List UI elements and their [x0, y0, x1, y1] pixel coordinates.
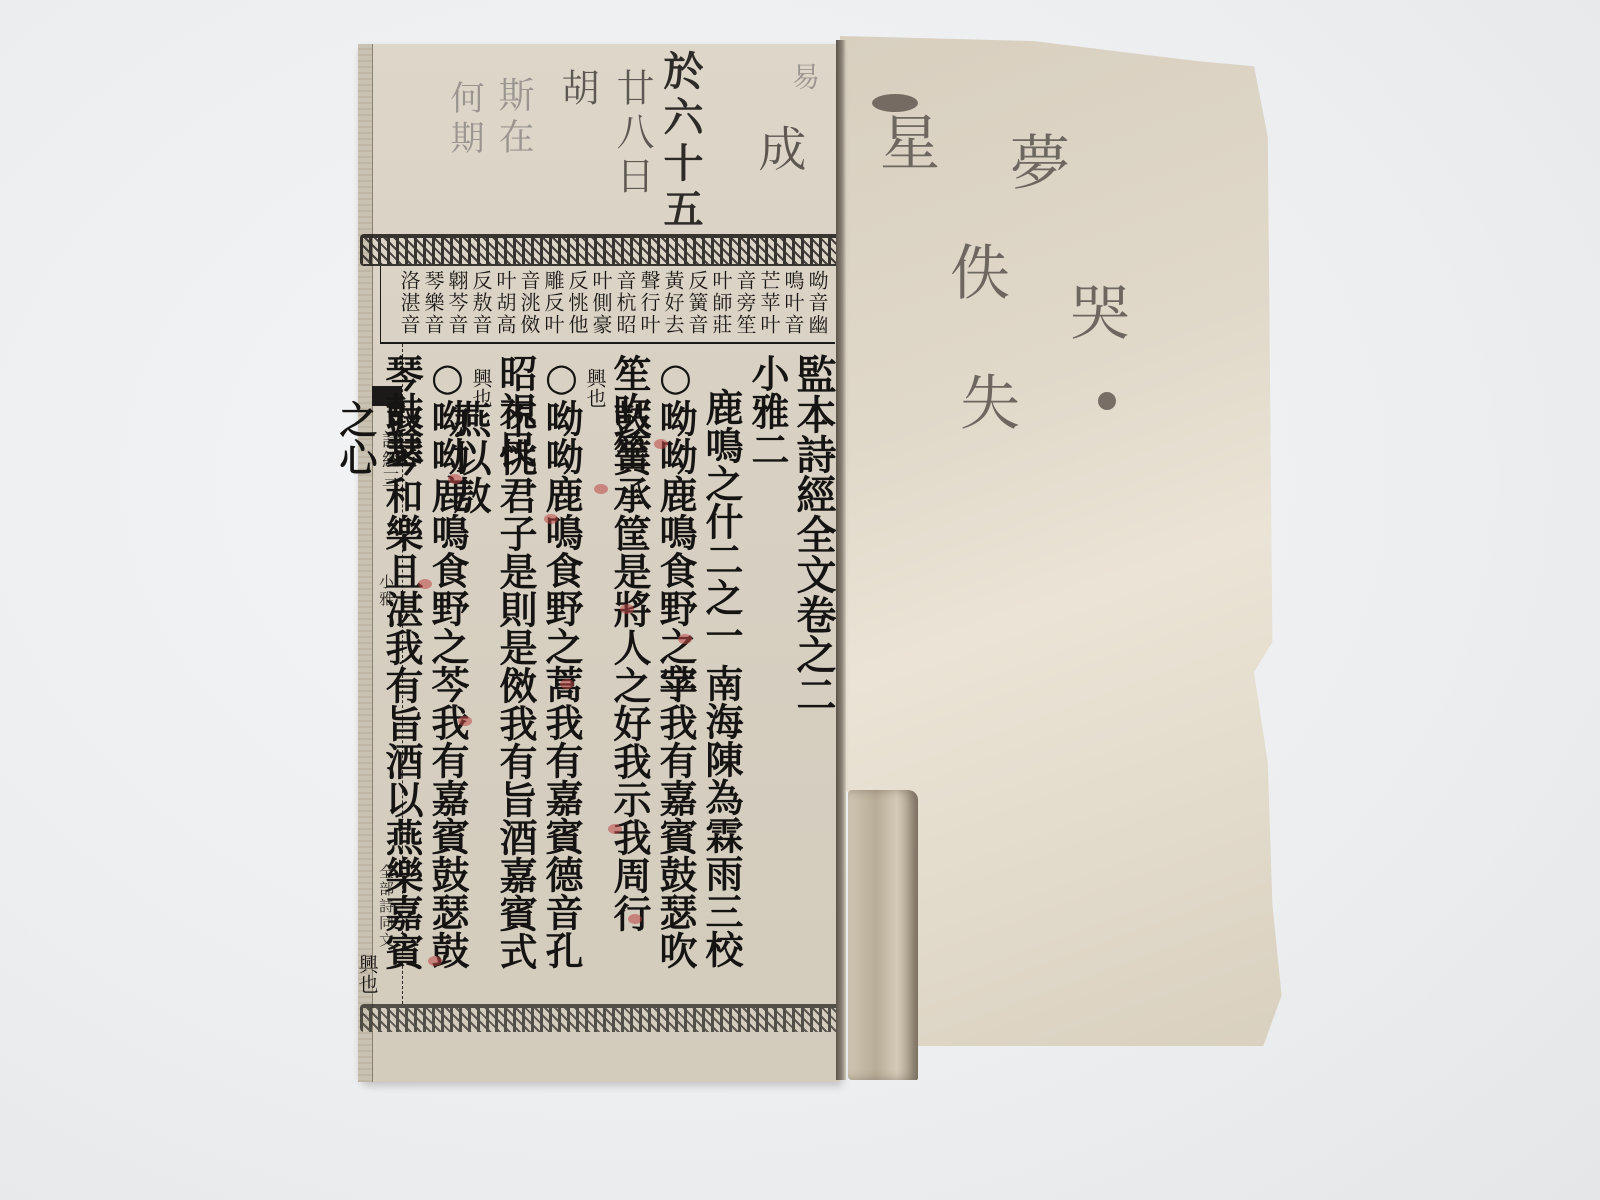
gloss-column: 琴樂音 — [421, 270, 445, 338]
gloss-column: 反恌他 — [565, 270, 589, 338]
gloss-column: 反簧音 — [685, 270, 709, 338]
red-punctuation-mark — [560, 679, 574, 689]
left-printed-page: 何期 斯在 廿八日胡 於六十五 成 易 呦音幽 鳴叶音 芒苹叶 音旁笙 叶師莊 … — [358, 44, 840, 1082]
gloss-column: 叶側豪 — [589, 270, 613, 338]
gloss-column: 翺芩音 — [445, 270, 469, 338]
red-punctuation-mark — [594, 484, 608, 494]
gloss-column: 鳴叶音 — [781, 270, 805, 338]
handwritten-note: 成 — [744, 124, 813, 178]
section-and-credit-column: 小雅二 — [744, 354, 790, 1000]
open-book: 星 夢 佚 哭 失 何期 斯在 廿八日胡 於六十五 成 易 呦音幽 鳴叶音 芒苹… — [0, 0, 1600, 1200]
volume-title: 監本詩經全文卷之二 — [790, 354, 836, 1000]
gloss-column: 叶胡高 — [493, 270, 517, 338]
handwritten-note: 於六十五 — [652, 50, 709, 234]
red-punctuation-mark — [654, 439, 668, 449]
handwritten-char: 失 — [960, 356, 1020, 442]
red-punctuation-mark — [418, 579, 432, 589]
gloss-column: 音洮傚 — [517, 270, 541, 338]
red-punctuation-mark — [678, 634, 692, 644]
gloss-column: 雕反叶 — [541, 270, 565, 338]
book-spine — [836, 40, 846, 1080]
handwritten-note: 易 — [784, 62, 824, 96]
gloss-column: 音杭昭 — [613, 270, 637, 338]
gloss-column: 黃好去 — [661, 270, 685, 338]
handwritten-char: 星 — [880, 96, 940, 182]
red-punctuation-mark — [544, 514, 558, 524]
handwritten-char: 夢 — [1010, 116, 1070, 202]
gloss-column: 洛湛音 — [397, 270, 421, 338]
red-punctuation-mark — [448, 474, 462, 484]
top-margin-annotations: 何期 斯在 廿八日胡 於六十五 成 易 — [372, 44, 840, 234]
red-punctuation-mark — [608, 824, 622, 834]
red-punctuation-mark — [458, 716, 472, 726]
annotation-xing: 興也 — [584, 354, 606, 1000]
section-title: 小雅二 — [744, 354, 790, 1000]
red-punctuation-mark — [628, 914, 642, 924]
gloss-column: 芒苹叶 — [757, 270, 781, 338]
gloss-column: 音旁笙 — [733, 270, 757, 338]
pronunciation-gloss-strip: 呦音幽 鳴叶音 芒苹叶 音旁笙 叶師莊 反簧音 黃好去 聲行叶 音杭昭 叶側豪 … — [380, 266, 835, 344]
handwritten-char: 佚 — [950, 226, 1010, 312]
handwritten-note: 廿八日胡 — [550, 68, 660, 234]
ink-blot — [1098, 392, 1116, 410]
main-text-block: 監本詩經全文卷之二 小雅二 南海陳為霖雨三校字 鹿鳴之什二之一 ○呦呦鹿鳴食野之… — [404, 346, 840, 1000]
ornamental-border-top — [360, 234, 840, 266]
gloss-column: 叶師莊 — [709, 270, 733, 338]
gloss-column: 呦音幽 — [805, 270, 829, 338]
red-punctuation-mark — [428, 956, 442, 966]
handwritten-note: 何期 — [440, 80, 489, 160]
verse-column: ○呦呦鹿鳴食野之蒿我有嘉賓德音孔昭視民 — [538, 354, 584, 1000]
handwritten-note: 斯在 — [488, 76, 539, 160]
editor-credit: 南海陳為霖雨三校字 — [698, 354, 744, 1000]
red-punctuation-mark — [620, 604, 634, 614]
torn-page-stack — [848, 790, 918, 1080]
gloss-column: 聲行叶 — [637, 270, 661, 338]
gloss-column: 反敖音 — [469, 270, 493, 338]
ornamental-border-bottom — [360, 1004, 840, 1032]
handwritten-char: 哭 — [1070, 266, 1130, 352]
